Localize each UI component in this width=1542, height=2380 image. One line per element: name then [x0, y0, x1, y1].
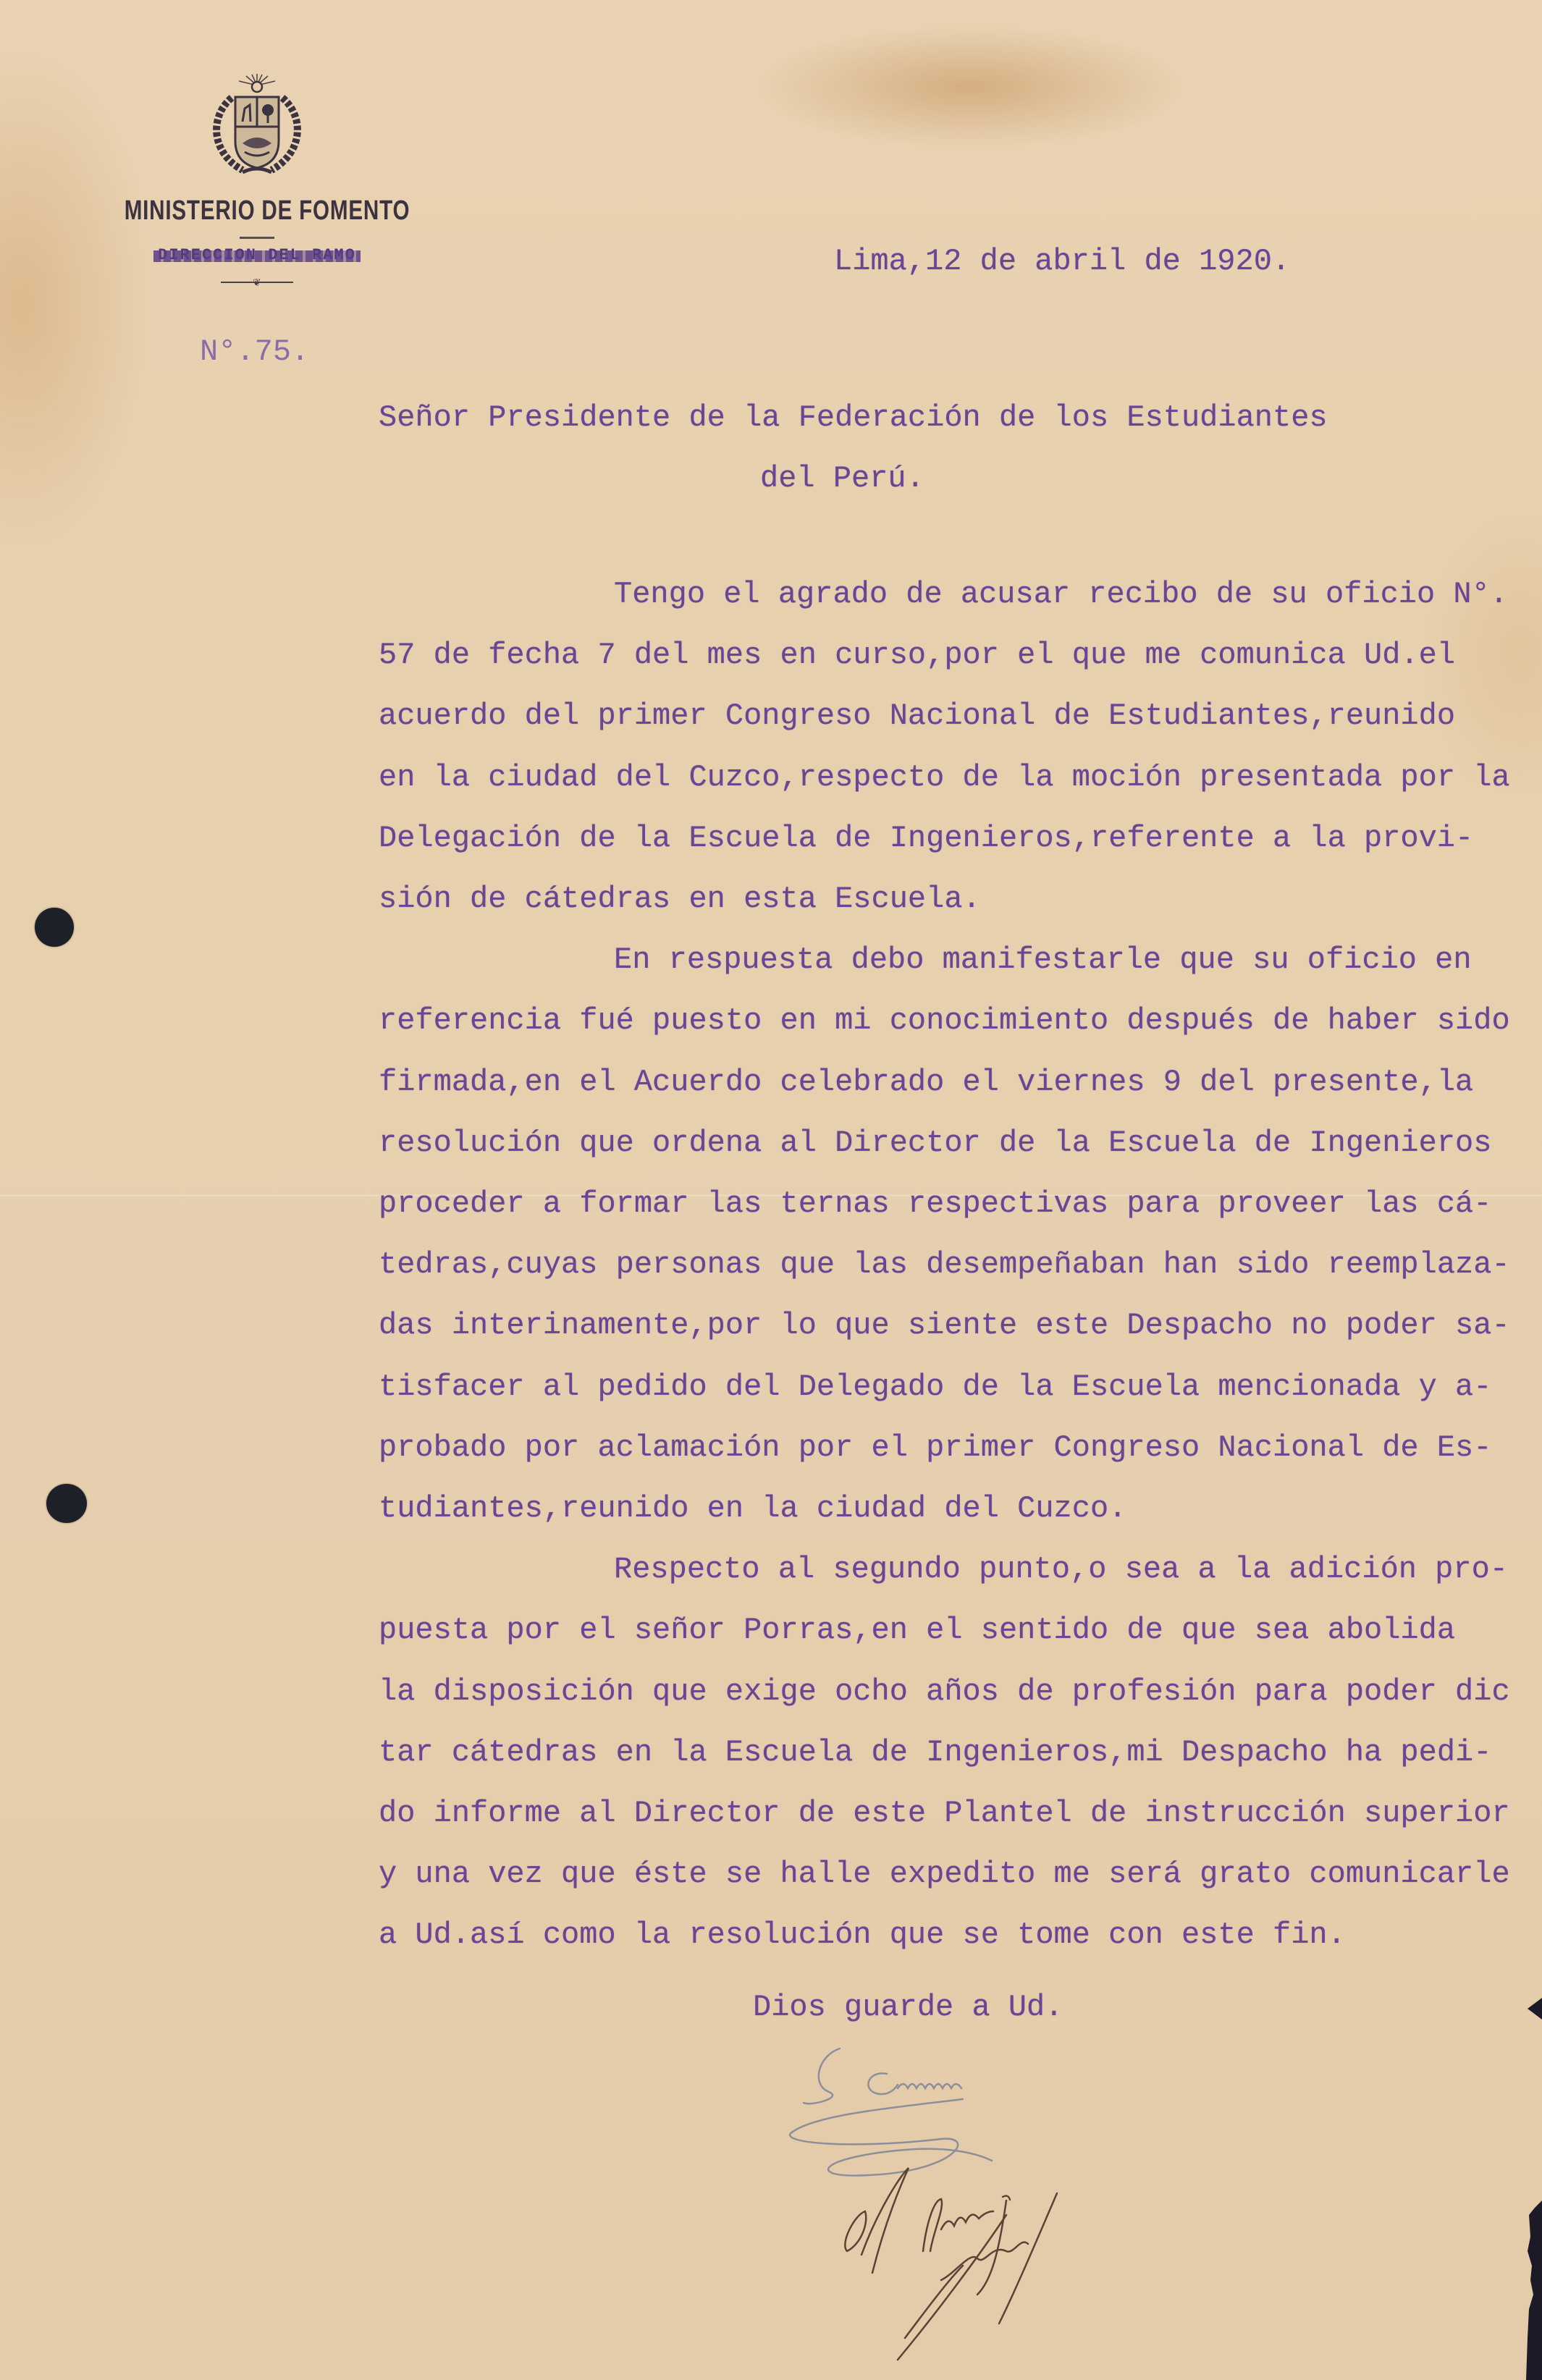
body-line: tedras,cuyas personas que las desempeñab… [379, 1249, 1510, 1280]
letterhead: MINISTERIO DE FOMENTO DIRECCION DEL RAMO… [87, 72, 427, 287]
divider [240, 237, 274, 239]
ornament-divider: ❦ [221, 279, 293, 287]
body-line: proceder a formar las ternas respectivas… [379, 1189, 1491, 1219]
body-line: la disposición que exige ocho años de pr… [379, 1676, 1510, 1707]
body-line: Tengo el agrado de acusar recibo de su o… [614, 579, 1508, 609]
body-line: tudiantes,reunido en la ciudad del Cuzco… [379, 1493, 1126, 1524]
torn-edge [1506, 1991, 1542, 2380]
reference-number: N°.75. [200, 334, 309, 369]
body-line: resolución que ordena al Director de la … [379, 1128, 1491, 1158]
coat-of-arms-icon [203, 72, 311, 181]
ink-signature [845, 2168, 1057, 2360]
closing-line: Dios guarde a Ud. [753, 1992, 1063, 2022]
body-line: y una vez que éste se halle expedito me … [379, 1859, 1510, 1889]
body-line: a Ud.así como la resolución que se tome … [379, 1920, 1346, 1950]
ornament-icon: ❦ [253, 279, 261, 287]
body-line: referencia fué puesto en mi conocimiento… [379, 1005, 1510, 1036]
body-line: das interinamente,por lo que siente este… [379, 1310, 1510, 1341]
pencil-signature [790, 2048, 992, 2176]
body-line: sión de cátedras en esta Escuela. [379, 884, 981, 914]
ministry-name: MINISTERIO DE FOMENTO [125, 195, 390, 227]
body-line: 57 de fecha 7 del mes en curso,por el qu… [379, 640, 1455, 670]
body-line: tisfacer al pedido del Delegado de la Es… [379, 1372, 1491, 1402]
body-line: probado por aclamación por el primer Con… [379, 1432, 1491, 1463]
body-line: acuerdo del primer Congreso Nacional de … [379, 701, 1455, 731]
punch-hole-upper [35, 908, 74, 947]
body-line: En respuesta debo manifestarle que su of… [614, 945, 1472, 975]
addressee-line-1: Señor Presidente de la Federación de los… [379, 402, 1328, 433]
body-line: puesta por el señor Porras,en el sentido… [379, 1615, 1455, 1645]
body-line: tar cátedras en la Escuela de Ingenieros… [379, 1737, 1491, 1768]
struck-department-label: DIRECCION DEL RAMO [153, 246, 361, 264]
addressee-line-2: del Perú. [760, 463, 924, 494]
body-line: Respecto al segundo punto,o sea a la adi… [614, 1554, 1508, 1584]
body-line: do informe al Director de este Plantel d… [379, 1798, 1510, 1828]
body-line: en la ciudad del Cuzco,respecto de la mo… [379, 762, 1510, 793]
date-line: Lima,12 de abril de 1920. [834, 246, 1290, 277]
body-line: Delegación de la Escuela de Ingenieros,r… [379, 823, 1473, 853]
punch-hole-lower [46, 1484, 87, 1523]
signature-block [760, 2034, 1267, 2367]
body-line: firmada,en el Acuerdo celebrado el viern… [379, 1067, 1473, 1097]
